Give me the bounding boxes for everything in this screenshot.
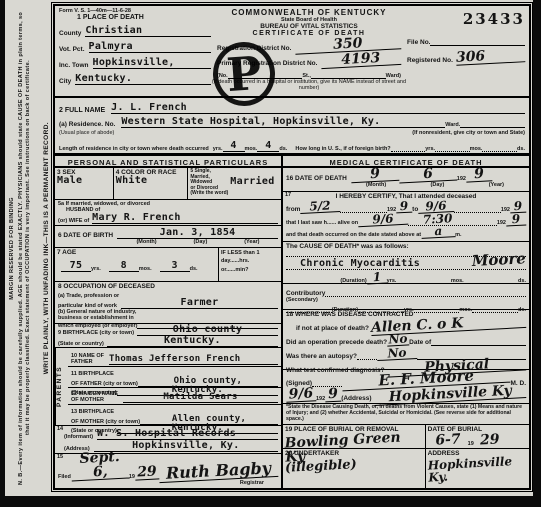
dob-month-label: (Month)	[136, 239, 156, 245]
dob-label: 6 DATE OF BIRTH	[58, 232, 113, 239]
parents-vertical-label: PARENTS	[55, 348, 68, 425]
certify-block: 17 I HEREBY CERTIFY, That I attended dec…	[283, 192, 529, 242]
county-value: Christian	[85, 26, 211, 37]
birthplace-note: (State or country)	[58, 341, 104, 347]
age-ds-label: ds.	[190, 266, 198, 272]
margin-write-plainly-note: WRITE PLAINLY, WITH UNFADING INK—THIS IS…	[43, 122, 51, 374]
dob-row: 6 DATE OF BIRTH Jan. 3, 1854 (Month) (Da…	[55, 226, 281, 248]
burial-row: 19 PLACE OF BURIAL OR REMOVAL Bowling Gr…	[283, 425, 529, 449]
length-label: Length of residence in city or town wher…	[59, 146, 209, 152]
sex-value: Male	[57, 176, 111, 186]
sex-race-marital-row: 3 SEX Male 4 COLOR OR RACE White 5 Singl…	[55, 168, 281, 200]
spouse-label-3: (or) WIFE of	[58, 218, 89, 224]
precinct-value: Palmyra	[89, 42, 211, 53]
if-less-3: or......min?	[221, 266, 279, 274]
length-mos-value: 4	[257, 141, 279, 152]
length-ds-label: ds.	[279, 146, 287, 152]
burial-date-cell: DATE OF BURIAL 6-7 19 29	[426, 425, 529, 448]
personal-title: PERSONAL AND STATISTICAL PARTICULARS	[55, 155, 281, 168]
ward-note: Ward.	[445, 122, 460, 128]
mother-name-row: 12 MAIDEN NAMEOF MOTHER Matilda Sears	[68, 388, 281, 405]
signed-date: 9/6	[286, 386, 317, 403]
birthplace-row: 9 BIRTHPLACE (city or town) Ohio county …	[55, 324, 281, 348]
cause-label: The CAUSE OF DEATH* was as follows:	[286, 243, 526, 250]
dod-day-value: 6	[398, 165, 457, 183]
filed-row: 15 Filed Sept. 6, 19 29 Ruth Bagby Regis…	[55, 454, 281, 488]
spouse-value: Mary R. French	[92, 213, 278, 224]
father-name-row: 10 NAME OFFATHER Thomas Jefferson French	[68, 348, 281, 367]
lastsaw-label: that I last saw h...... alive on	[286, 220, 358, 226]
header-right: 23433 File No. Registered No. 306	[407, 8, 525, 96]
nonresident-note: (If nonresident, give city or town and S…	[412, 130, 525, 136]
informant-label: (Informant)	[64, 434, 93, 440]
howlong-mos-label: mos.	[470, 146, 483, 152]
death-m-label: m.	[455, 232, 461, 238]
undertaker-signature: (illegible)	[285, 458, 357, 475]
town-label: Inc. Town	[59, 62, 89, 69]
residence-label: (a) Residence. No.	[59, 121, 115, 128]
filed-number: 15	[57, 454, 63, 460]
marital-note: (Write the word)	[190, 191, 228, 197]
bureau-title: BUREAU OF VITAL STATISTICS	[211, 23, 407, 30]
race-value: White	[116, 176, 186, 186]
medical-title: MEDICAL CERTIFICATE OF DEATH	[283, 155, 529, 168]
residence-value: Western State Hospital, Hopkinsville, Ky…	[121, 117, 380, 128]
full-name-value: J. L. French	[111, 103, 311, 114]
race-cell: 4 COLOR OR RACE White	[114, 168, 189, 199]
dod-month-sublabel: (Month)	[366, 182, 386, 188]
signed-block: (Signed) E. F. Moore M. D. 9/6 192 9 (Ad…	[283, 370, 529, 404]
signed-year: 9	[325, 387, 342, 403]
city-label: City	[59, 78, 71, 85]
operation-label: Did an operation precede death?	[286, 339, 387, 346]
mother-bp-label-1: 13 BIRTHPLACE	[71, 409, 114, 415]
spouse-row: 5a If married, widowed, or divorced HUSB…	[55, 200, 281, 226]
certificate-serial: 23433	[407, 10, 525, 28]
mother-birthplace-row: 13 BIRTHPLACE OF MOTHER (city or town) A…	[68, 405, 281, 425]
cause-value: Chronic Myocarditis	[300, 259, 420, 269]
filed-label: Filed	[58, 474, 71, 480]
registered-no-row: Registered No. 306	[407, 46, 525, 64]
county-row: County Christian	[59, 21, 211, 37]
personal-column: PERSONAL AND STATISTICAL PARTICULARS 3 S…	[55, 155, 283, 488]
contracted-sublabel: if not at place of death?	[296, 325, 369, 332]
age-row: 7 AGE 75 yrs. 8 mos. 3 ds. IF LESS than …	[55, 248, 281, 282]
file-no-row: File No.	[407, 28, 525, 46]
death-time: 7:30 a	[420, 212, 455, 239]
lastsaw-year: 9	[506, 212, 527, 226]
commonwealth-title: COMMONWEALTH OF KENTUCKY	[211, 8, 407, 17]
lastsaw-192: 192	[497, 220, 506, 226]
filed-year: 29	[135, 464, 160, 480]
undertaker-address-value: Hopkinsville Ky.	[427, 454, 527, 483]
age-yrs-label: yrs.	[91, 266, 101, 272]
form-header: P Form V. S. 1—40m—11-6-28 1 PLACE OF DE…	[55, 6, 529, 98]
marital-cell: 5 Single, Married, Widowed or Divorced (…	[188, 168, 281, 199]
residence-notes-row: (Usual place of abode) (If nonresident, …	[59, 128, 525, 136]
filed-19-label: 19	[129, 474, 135, 480]
father-birthplace-row: 11 BIRTHPLACE OF FATHER (city or town) O…	[68, 367, 281, 388]
left-margin: MARGIN RESERVED FOR BINDING N. B.—Every …	[7, 0, 53, 496]
age-label: 7 AGE	[57, 249, 216, 256]
marital-value: Married	[230, 177, 274, 197]
father-bp-label-1: 11 BIRTHPLACE	[71, 371, 114, 377]
dod-year-sublabel: (Year)	[489, 182, 504, 188]
county-label: County	[59, 30, 81, 37]
margin-nb-note: N. B.—Every item of information should b…	[18, 9, 40, 487]
from-date: 5/2	[300, 199, 341, 214]
age-cell: 7 AGE 75 yrs. 8 mos. 3 ds.	[55, 248, 219, 281]
registered-no-value: 306	[456, 47, 526, 66]
dob-day-label: (Day)	[194, 239, 208, 245]
mother-name-value: Matilda Sears	[123, 393, 278, 403]
if-less-1: IF LESS than 1	[221, 249, 279, 257]
full-name-row: 2 FULL NAME J. L. French	[59, 99, 525, 114]
dod-year-value: 9	[466, 166, 493, 182]
howlong-label: How long in U. S., if of foreign birth?	[295, 146, 390, 152]
age-days: 3	[160, 261, 190, 272]
dob-value: Jan. 3, 1854	[117, 228, 278, 239]
signed-192: 192	[316, 396, 325, 402]
precinct-row: Vot. Pct. Palmyra	[59, 37, 211, 53]
if-less-2: day......hrs.	[221, 257, 279, 265]
town-value: Hopkinsville,	[93, 58, 212, 69]
dod-192-label: 192	[457, 176, 466, 182]
burial-year-value: 29	[479, 432, 499, 447]
age-years: 75	[61, 261, 91, 272]
burial-place-cell: 19 PLACE OF BURIAL OR REMOVAL Bowling Gr…	[283, 425, 426, 448]
length-mos-label: mos.	[245, 146, 258, 152]
dod-day-sublabel: (Day)	[431, 182, 445, 188]
contributory-label: Contributory	[286, 290, 325, 297]
autopsy-value: No	[377, 346, 418, 361]
if-less-cell: IF LESS than 1 day......hrs. or......min…	[219, 248, 281, 281]
birthplace-value-2: Kentucky.	[107, 336, 278, 347]
howlong-ds-label: ds.	[517, 146, 525, 152]
date-of-death-row: 16 DATE OF DEATH 9 6 192 9 (Month) (Day)…	[283, 168, 529, 192]
scanned-paper: MARGIN RESERVED FOR BINDING N. B.—Every …	[5, 0, 533, 496]
lastsaw-date: 9/6	[358, 212, 409, 228]
full-name-label: 2 FULL NAME	[59, 107, 105, 114]
margin-binding-note: MARGIN RESERVED FOR BINDING	[9, 197, 16, 300]
name-section: 2 FULL NAME J. L. French (a) Residence. …	[55, 98, 529, 155]
signed-address-label: (Address)	[341, 395, 371, 402]
burial-date-value: 6-7	[427, 432, 468, 448]
father-name-label: 10 NAME OFFATHER	[71, 353, 109, 365]
filed-date: Sept. 6,	[70, 450, 129, 482]
contributory-block: Contributory (Secondary) (Duration) yrs.…	[283, 284, 529, 310]
informant-value: W. S. Hospital Records	[97, 429, 278, 440]
howlong-yrs-label: yrs.	[425, 146, 435, 152]
informant-number: 14	[57, 426, 63, 432]
date-of-label: Date of	[409, 339, 431, 346]
certificate-form: P Form V. S. 1—40m—11-6-28 1 PLACE OF DE…	[53, 4, 531, 490]
occupation-label: 8 OCCUPATION OF DECEASED	[58, 283, 278, 290]
abode-note: (Usual place of abode)	[59, 130, 114, 136]
cause-of-death-block: The CAUSE OF DEATH* was as follows: Chro…	[283, 242, 529, 284]
occupation-value: Farmer	[121, 298, 278, 309]
town-row: Inc. Town Hopkinsville,	[59, 53, 211, 69]
autopsy-label: Was there an autopsy?	[286, 353, 357, 360]
age-months: 8	[109, 261, 139, 272]
header-left: Form V. S. 1—40m—11-6-28 1 PLACE OF DEAT…	[59, 8, 211, 96]
burial-19: 19	[468, 441, 474, 447]
main-columns: PERSONAL AND STATISTICAL PARTICULARS 3 S…	[55, 155, 529, 488]
disease-contracted-block: 18 WHERE WAS DISEASE CONTRACTED if not a…	[283, 310, 529, 370]
father-name-value: Thomas Jefferson French	[109, 355, 278, 365]
dod-label: 16 DATE OF DEATH	[286, 175, 347, 182]
undertaker-address-cell: ADDRESS Hopkinsville Ky.	[426, 449, 529, 488]
city-row: City Kentucky.	[59, 69, 211, 85]
operation-value: No	[387, 332, 410, 346]
occupation-row: 8 OCCUPATION OF DECEASED (a) Trade, prof…	[55, 282, 281, 324]
length-yrs-value: 4	[223, 141, 245, 152]
dod-month-value: 9	[350, 166, 399, 183]
death-occurred-label: and that death occurred on the date stat…	[286, 232, 421, 238]
parents-section: PARENTS 10 NAME OFFATHER Thomas Jefferso…	[55, 348, 281, 426]
length-of-residence-row: Length of residence in city or town wher…	[59, 136, 525, 152]
residence-row: (a) Residence. No. Western State Hospita…	[59, 114, 525, 128]
sex-cell: 3 SEX Male	[55, 168, 114, 199]
registered-no-label: Registered No.	[407, 57, 453, 64]
age-mos-label: mos.	[139, 266, 152, 272]
place-of-death-heading: 1 PLACE OF DEATH	[59, 14, 211, 21]
certify-number: 17	[285, 192, 291, 198]
duration-value: 1	[366, 270, 387, 284]
to-192: 192	[501, 207, 510, 213]
dob-year-label: (Year)	[244, 239, 259, 245]
mother-name-label: 12 MAIDEN NAMEOF MOTHER	[71, 391, 123, 403]
occupation-a1: (a) Trade, profession or	[58, 293, 119, 299]
length-yrs-label: yrs.	[213, 146, 223, 152]
precinct-label: Vot. Pct.	[59, 46, 85, 53]
file-no-label: File No.	[407, 39, 430, 46]
city-value: Kentucky.	[75, 74, 211, 85]
cause-footnote: *State the Disease Causing Death, or, in…	[283, 404, 529, 425]
medical-column: MEDICAL CERTIFICATE OF DEATH 16 DATE OF …	[283, 155, 529, 488]
from-label: from	[286, 206, 300, 213]
